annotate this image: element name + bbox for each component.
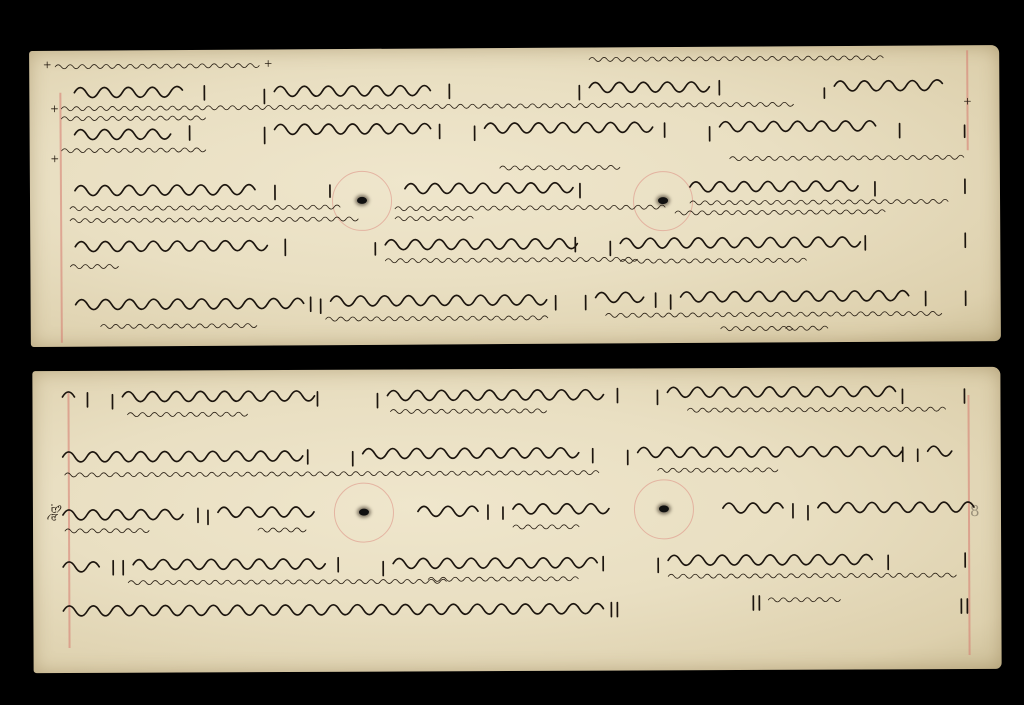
interlinear-gloss-lines	[29, 45, 1001, 347]
manuscript-folio-bottom: 8 ལེའུ་	[32, 367, 1001, 673]
interlinear-gloss-lines	[32, 367, 1001, 673]
manuscript-folio-top	[29, 45, 1001, 347]
